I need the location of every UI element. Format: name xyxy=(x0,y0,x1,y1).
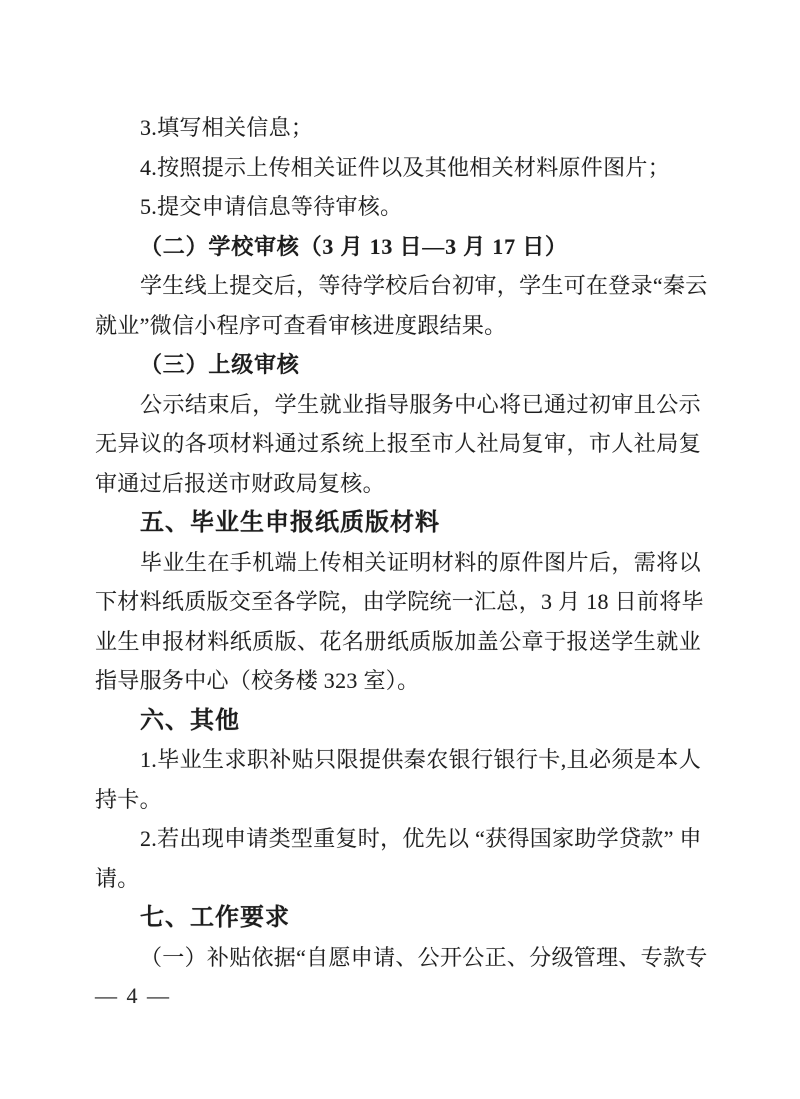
text-line: 指导服务中心（校务楼 323 室）。 xyxy=(95,661,701,701)
text-line: 3.填写相关信息； xyxy=(95,108,701,148)
text-line: 审通过后报送市财政局复核。 xyxy=(95,464,701,504)
text-line: 请。 xyxy=(95,859,701,899)
page-number: — 4 — xyxy=(95,980,171,1012)
text-line: 4.按照提示上传相关证件以及其他相关材料原件图片； xyxy=(95,148,701,188)
text-line: 无异议的各项材料通过系统上报至市人社局复审，市人社局复 xyxy=(95,424,701,464)
text-line: 1.毕业生求职补贴只限提供秦农银行银行卡,且必须是本人 xyxy=(95,740,701,780)
section-heading: 五、毕业生申报纸质版材料 xyxy=(95,503,701,543)
text-line: 公示结束后，学生就业指导服务中心将已通过初审且公示 xyxy=(95,385,701,425)
text-line: 2.若出现申请类型重复时，优先以 “获得国家助学贷款” 申 xyxy=(95,819,701,859)
document-page: 3.填写相关信息；4.按照提示上传相关证件以及其他相关材料原件图片；5.提交申请… xyxy=(0,0,800,1099)
text-line: （一）补贴依据“自愿申请、公开公正、分级管理、专款专 xyxy=(95,938,701,978)
text-line: 就业”微信小程序可查看审核进度跟结果。 xyxy=(95,306,701,346)
text-line: 毕业生在手机端上传相关证明材料的原件图片后，需将以 xyxy=(95,543,701,583)
section-heading: （二）学校审核（3 月 13 日—3 月 17 日） xyxy=(95,227,701,267)
text-line: 业生申报材料纸质版、花名册纸质版加盖公章于报送学生就业 xyxy=(95,622,701,662)
section-heading: 六、其他 xyxy=(95,701,701,741)
section-heading: （三）上级审核 xyxy=(95,345,701,385)
text-line: 下材料纸质版交至各学院，由学院统一汇总，3 月 18 日前将毕 xyxy=(95,582,701,622)
text-column: 3.填写相关信息；4.按照提示上传相关证件以及其他相关材料原件图片；5.提交申请… xyxy=(95,108,701,977)
text-line: 5.提交申请信息等待审核。 xyxy=(95,187,701,227)
text-line: 学生线上提交后，等待学校后台初审，学生可在登录“秦云 xyxy=(95,266,701,306)
text-line: 持卡。 xyxy=(95,780,701,820)
section-heading: 七、工作要求 xyxy=(95,898,701,938)
